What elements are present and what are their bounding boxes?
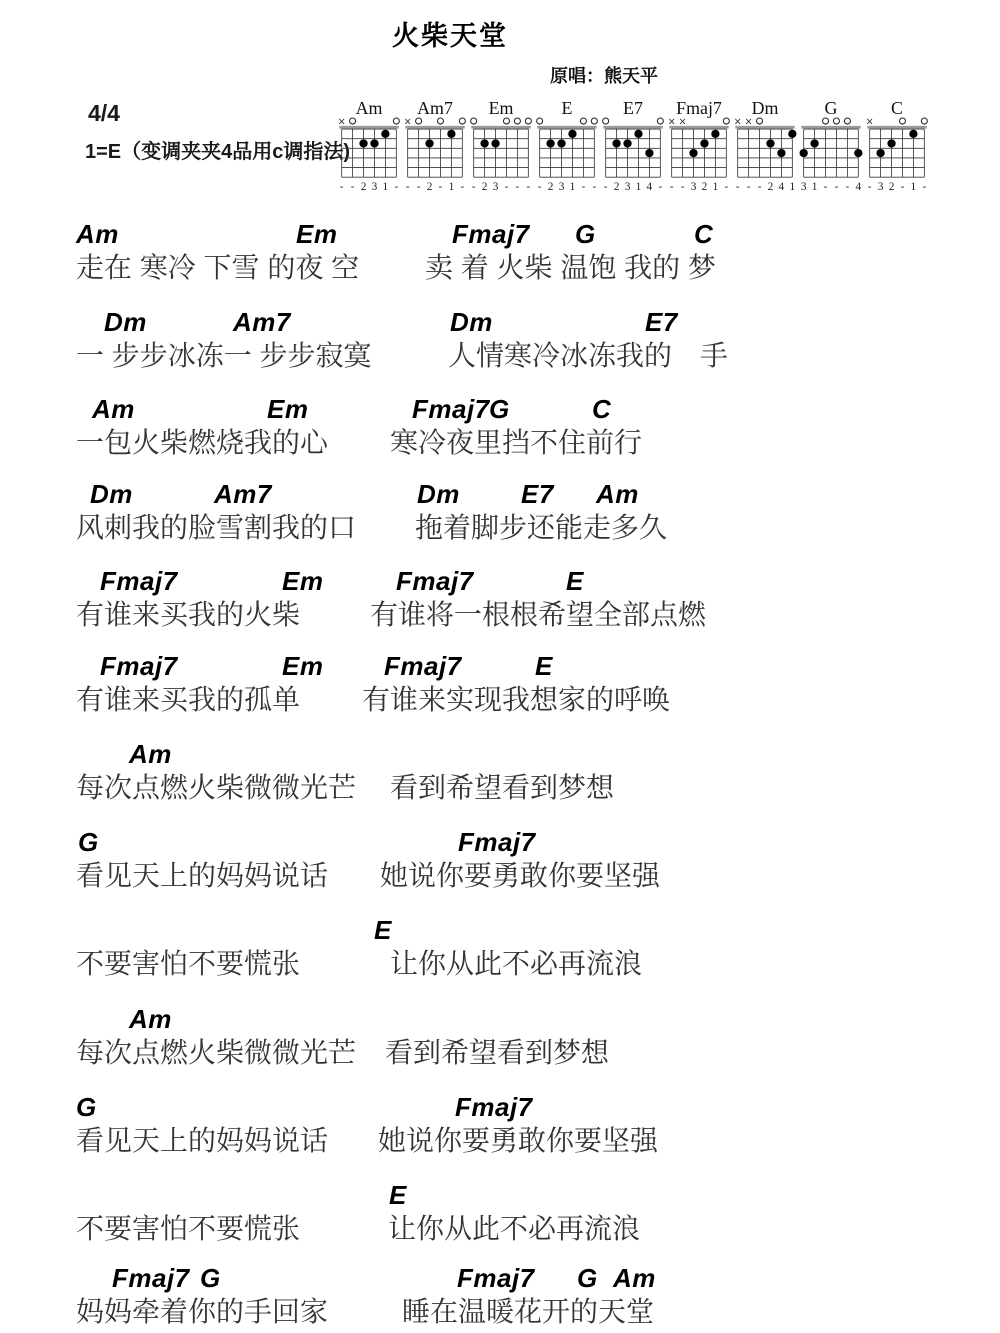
lyric-segment: 让你从此不必再流浪 [390, 942, 642, 982]
lyric-segment: 走在 寒冷 下雪 的夜 空 [76, 246, 359, 286]
song-line: E不要害怕不要慌张让你从此不必再流浪 [0, 1180, 1000, 1244]
lyric-segment: 她说你要勇敢你要坚强 [380, 854, 660, 894]
lyric-lines: AmEmFmaj7GC走在 寒冷 下雪 的夜 空卖 着 火柴 温饱 我的 梦Dm… [0, 0, 1000, 1333]
song-line: Am每次点燃火柴微微光芒看到希望看到梦想 [0, 1004, 1000, 1068]
lyric-segment: 一 步步冰冻一 步步寂寞 [76, 334, 372, 374]
lyric-segment: 每次点燃火柴微微光芒 [76, 766, 356, 806]
lyric-segment: 每次点燃火柴微微光芒 [76, 1031, 356, 1071]
lyric-segment: 妈妈牵着你的手回家 [76, 1290, 328, 1330]
song-line: Fmaj7EmFmaj7E有谁来买我的火柴有谁将一根根希望全部点燃 [0, 566, 1000, 630]
song-line: AmEmFmaj7GC一包火柴燃烧我的心寒冷夜里挡不住前行 [0, 394, 1000, 458]
song-line: Fmaj7EmFmaj7E有谁来买我的孤单有谁来实现我想家的呼唤 [0, 651, 1000, 715]
lyric-segment: 看到希望看到梦想 [385, 1031, 609, 1071]
lyric-segment: 一包火柴燃烧我的心 [76, 421, 328, 461]
lyric-segment: 有谁来买我的孤单 [76, 678, 300, 718]
lyric-segment: 不要害怕不要慌张 [76, 1207, 300, 1247]
lyric-segment: 她说你要勇敢你要坚强 [378, 1119, 658, 1159]
song-line: Fmaj7GFmaj7GAm妈妈牵着你的手回家睡在温暖花开的天堂 [0, 1263, 1000, 1327]
song-line: DmAm7DmE7Am风刺我的脸雪割我的口拖着脚步还能走多久 [0, 479, 1000, 543]
lyric-segment: 寒冷夜里挡不住前行 [390, 421, 642, 461]
lyric-segment: 有谁来实现我想家的呼唤 [362, 678, 670, 718]
lyric-segment: 人情寒冷冰冻我的 手 [448, 334, 728, 374]
song-line: Am每次点燃火柴微微光芒看到希望看到梦想 [0, 739, 1000, 803]
lyric-segment: 风刺我的脸雪割我的口 [76, 506, 356, 546]
song-line: E不要害怕不要慌张让你从此不必再流浪 [0, 915, 1000, 979]
lyric-segment: 拖着脚步还能走多久 [415, 506, 667, 546]
lyric-segment: 看见天上的妈妈说话 [76, 1119, 328, 1159]
song-line: GFmaj7看见天上的妈妈说话她说你要勇敢你要坚强 [0, 827, 1000, 891]
lyric-segment: 睡在温暖花开的天堂 [402, 1290, 654, 1330]
song-line: AmEmFmaj7GC走在 寒冷 下雪 的夜 空卖 着 火柴 温饱 我的 梦 [0, 219, 1000, 283]
chord-sheet-page: 火柴天堂 原唱：熊天平 4/4 1=E（变调夹夹4品用c调指法) Am×--23… [0, 0, 1000, 1333]
lyric-segment: 不要害怕不要慌张 [76, 942, 300, 982]
lyric-segment: 看到希望看到梦想 [390, 766, 614, 806]
lyric-segment: 有谁将一根根希望全部点燃 [370, 593, 706, 633]
song-line: GFmaj7看见天上的妈妈说话她说你要勇敢你要坚强 [0, 1092, 1000, 1156]
lyric-segment: 让你从此不必再流浪 [388, 1207, 640, 1247]
lyric-segment: 有谁来买我的火柴 [76, 593, 300, 633]
lyric-segment: 卖 着 火柴 温饱 我的 梦 [425, 246, 716, 286]
lyric-segment: 看见天上的妈妈说话 [76, 854, 328, 894]
song-line: DmAm7DmE7一 步步冰冻一 步步寂寞人情寒冷冰冻我的 手 [0, 307, 1000, 371]
